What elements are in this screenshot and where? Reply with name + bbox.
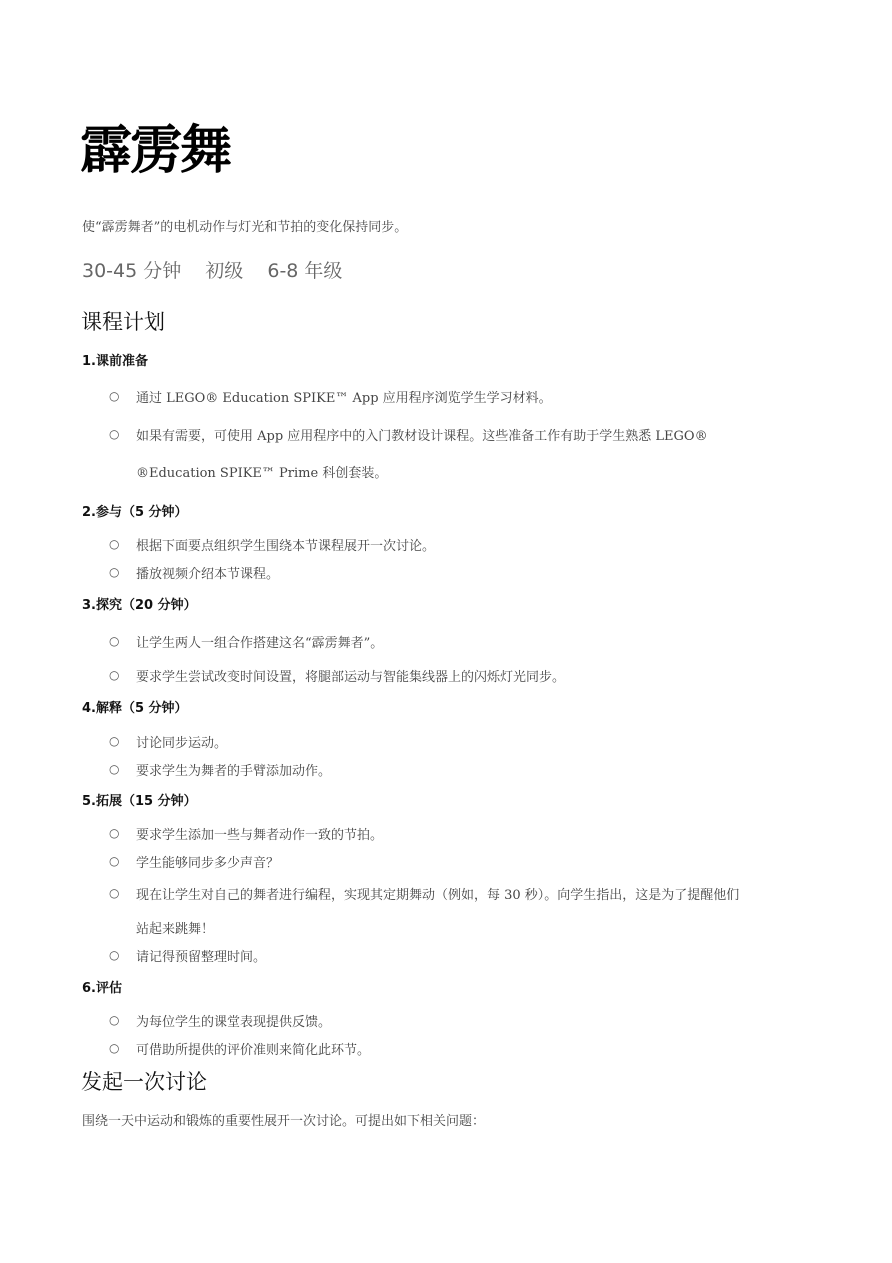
section-title: 6.评估 xyxy=(82,977,122,996)
subtitle: 使“霹雳舞者”的电机动作与灯光和节拍的变化保持同步。 xyxy=(82,216,407,235)
list-item: 根据下面要点组织学生围绕本节课程展开一次讨论。 xyxy=(136,535,435,554)
bullet-icon: ○ xyxy=(109,1041,119,1055)
bullet-icon: ○ xyxy=(109,826,119,840)
bullet-icon: ○ xyxy=(109,668,119,682)
list-item-continuation: 站起来跳舞！ xyxy=(136,918,214,937)
section-title: 2.参与（5 分钟） xyxy=(82,501,188,520)
lesson-meta: 30-45 分钟 初级 6-8 年级 xyxy=(82,256,360,283)
list-item-continuation: ®Education SPIKE™ Prime 科创套装。 xyxy=(136,462,387,481)
section-title: 5.拓展（15 分钟） xyxy=(82,790,197,809)
section-title: 1.课前准备 xyxy=(82,350,148,369)
section-title: 4.解释（5 分钟） xyxy=(82,697,188,716)
list-item: 讨论同步运动。 xyxy=(136,732,227,751)
bullet-icon: ○ xyxy=(109,948,119,962)
list-item: 要求学生添加一些与舞者动作一致的节拍。 xyxy=(136,824,383,843)
list-item: 为每位学生的课堂表现提供反馈。 xyxy=(136,1011,331,1030)
bullet-icon: ○ xyxy=(109,537,119,551)
bullet-icon: ○ xyxy=(109,734,119,748)
section-title: 3.探究（20 分钟） xyxy=(82,594,197,613)
list-item: 学生能够同步多少声音？ xyxy=(136,852,279,871)
list-item: 如果有需要，可使用 App 应用程序中的入门教材设计课程。这些准备工作有助于学生… xyxy=(136,425,708,444)
list-item: 播放视频介绍本节课程。 xyxy=(136,563,279,582)
list-item: 现在让学生对自己的舞者进行编程，实现其定期舞动（例如，每 30 秒）。向学生指出… xyxy=(136,884,739,903)
list-item: 请记得预留整理时间。 xyxy=(136,946,266,965)
bullet-icon: ○ xyxy=(109,565,119,579)
duration: 30-45 分钟 xyxy=(82,260,181,282)
bullet-icon: ○ xyxy=(109,854,119,868)
list-item: 要求学生尝试改变时间设置，将腿部运动与智能集线器上的闪烁灯光同步。 xyxy=(136,666,565,685)
page-title: 霹雳舞 xyxy=(80,108,230,183)
list-item: 可借助所提供的评价准则来简化此环节。 xyxy=(136,1039,370,1058)
bullet-icon: ○ xyxy=(109,634,119,648)
level: 初级 xyxy=(205,260,243,282)
bullet-icon: ○ xyxy=(109,1013,119,1027)
discussion-heading: 发起一次讨论 xyxy=(81,1066,207,1096)
bullet-icon: ○ xyxy=(109,762,119,776)
bullet-icon: ○ xyxy=(109,389,119,403)
list-item: 通过 LEGO® Education SPIKE™ App 应用程序浏览学生学习… xyxy=(136,387,552,406)
list-item: 让学生两人一组合作搭建这名“霹雳舞者”。 xyxy=(136,632,383,651)
grade: 6-8 年级 xyxy=(267,260,342,282)
bullet-icon: ○ xyxy=(109,427,119,441)
discussion-text: 围绕一天中运动和锻炼的重要性展开一次讨论。可提出如下相关问题： xyxy=(82,1110,485,1129)
list-item: 要求学生为舞者的手臂添加动作。 xyxy=(136,760,331,779)
lesson-plan-heading: 课程计划 xyxy=(81,306,165,336)
bullet-icon: ○ xyxy=(109,886,119,900)
